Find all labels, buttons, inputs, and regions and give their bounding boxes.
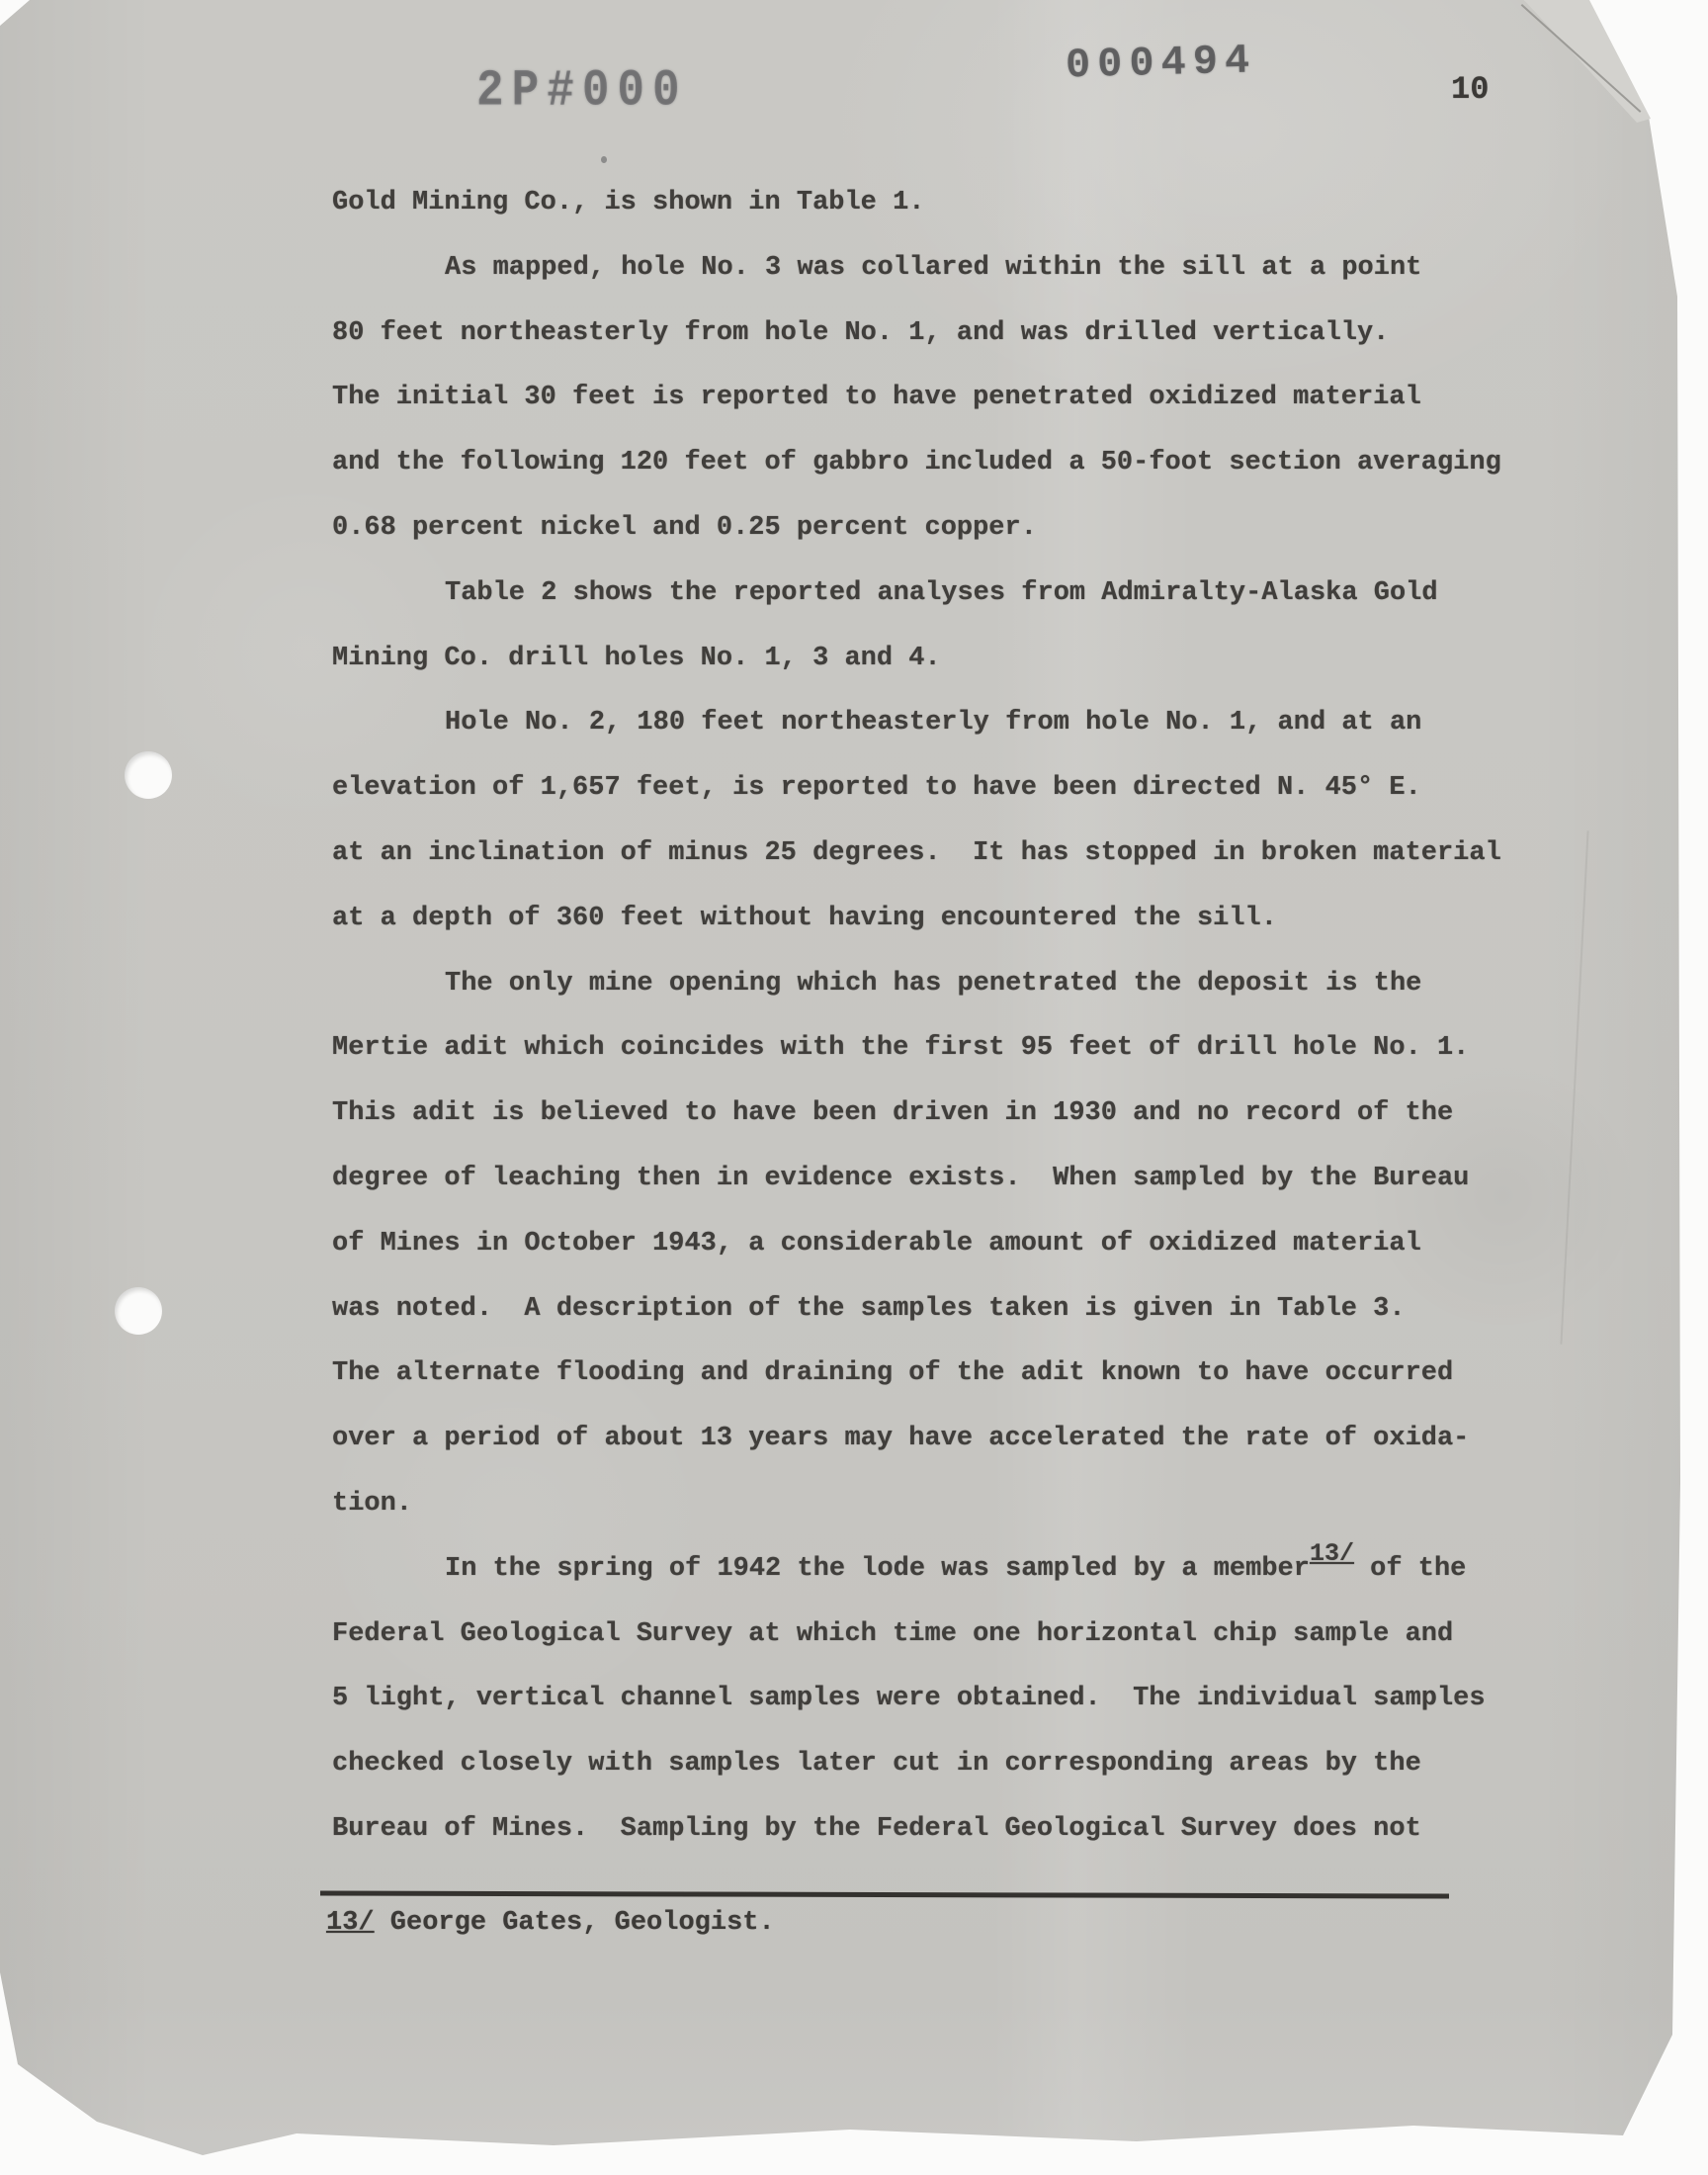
text-line: degree of leaching then in evidence exis… — [332, 1164, 1558, 1229]
stamp-serial-number: 000494 — [1065, 37, 1256, 89]
text-line: Table 2 shows the reported analyses from… — [332, 578, 1558, 644]
text-line: As mapped, hole No. 3 was collared withi… — [332, 253, 1558, 318]
text-line: The alternate flooding and draining of t… — [332, 1358, 1558, 1424]
footnote-text: George Gates, Geologist. — [375, 1908, 775, 1938]
stamp-top-left: 2P#000 — [476, 62, 688, 120]
text-line: Federal Geological Survey at which time … — [332, 1619, 1558, 1685]
body-text: Gold Mining Co., is shown in Table 1.As … — [332, 188, 1558, 1879]
text-line: was noted. A description of the samples … — [332, 1294, 1558, 1359]
ink-dot — [601, 156, 607, 163]
text-line: Mining Co. drill holes No. 1, 3 and 4. — [332, 644, 1558, 709]
punch-hole — [115, 1287, 162, 1335]
text-line: In the spring of 1942 the lode was sampl… — [332, 1554, 1558, 1619]
text-line: Hole No. 2, 180 feet northeasterly from … — [332, 708, 1558, 773]
text-line: elevation of 1,657 feet, is reported to … — [332, 773, 1558, 838]
footnote: 13/ George Gates, Geologist. — [326, 1908, 775, 1938]
text-line: tion. — [332, 1489, 1558, 1554]
footnote-reference: 13/ — [1310, 1539, 1354, 1568]
text-line: 80 feet northeasterly from hole No. 1, a… — [332, 318, 1558, 384]
text-line: This adit is believed to have been drive… — [332, 1098, 1558, 1164]
text-line: The initial 30 feet is reported to have … — [332, 383, 1558, 448]
text-line: Mertie adit which coincides with the fir… — [332, 1033, 1558, 1098]
text-line: Bureau of Mines. Sampling by the Federal… — [332, 1814, 1558, 1879]
text-line: at an inclination of minus 25 degrees. I… — [332, 838, 1558, 904]
footnote-marker: 13/ — [326, 1908, 375, 1938]
text-line: over a period of about 13 years may have… — [332, 1424, 1558, 1489]
text-line: of Mines in October 1943, a considerable… — [332, 1229, 1558, 1294]
page-number: 10 — [1451, 71, 1489, 108]
text-line: 0.68 percent nickel and 0.25 percent cop… — [332, 513, 1558, 578]
paper-crease — [1560, 830, 1588, 1344]
text-line: Gold Mining Co., is shown in Table 1. — [332, 188, 1558, 253]
text-line: checked closely with samples later cut i… — [332, 1749, 1558, 1814]
punch-hole — [125, 751, 172, 799]
text-segment: In the spring of 1942 the lode was sampl… — [445, 1554, 1310, 1584]
text-line: The only mine opening which has penetrat… — [332, 969, 1558, 1034]
text-line: 5 light, vertical channel samples were o… — [332, 1684, 1558, 1749]
footnote-rule — [320, 1891, 1449, 1899]
text-line: at a depth of 360 feet without having en… — [332, 904, 1558, 969]
scanned-page: 2P#000 000494 10 Gold Mining Co., is sho… — [0, 0, 1708, 2175]
text-segment: of the — [1354, 1554, 1466, 1584]
text-line: and the following 120 feet of gabbro inc… — [332, 448, 1558, 513]
